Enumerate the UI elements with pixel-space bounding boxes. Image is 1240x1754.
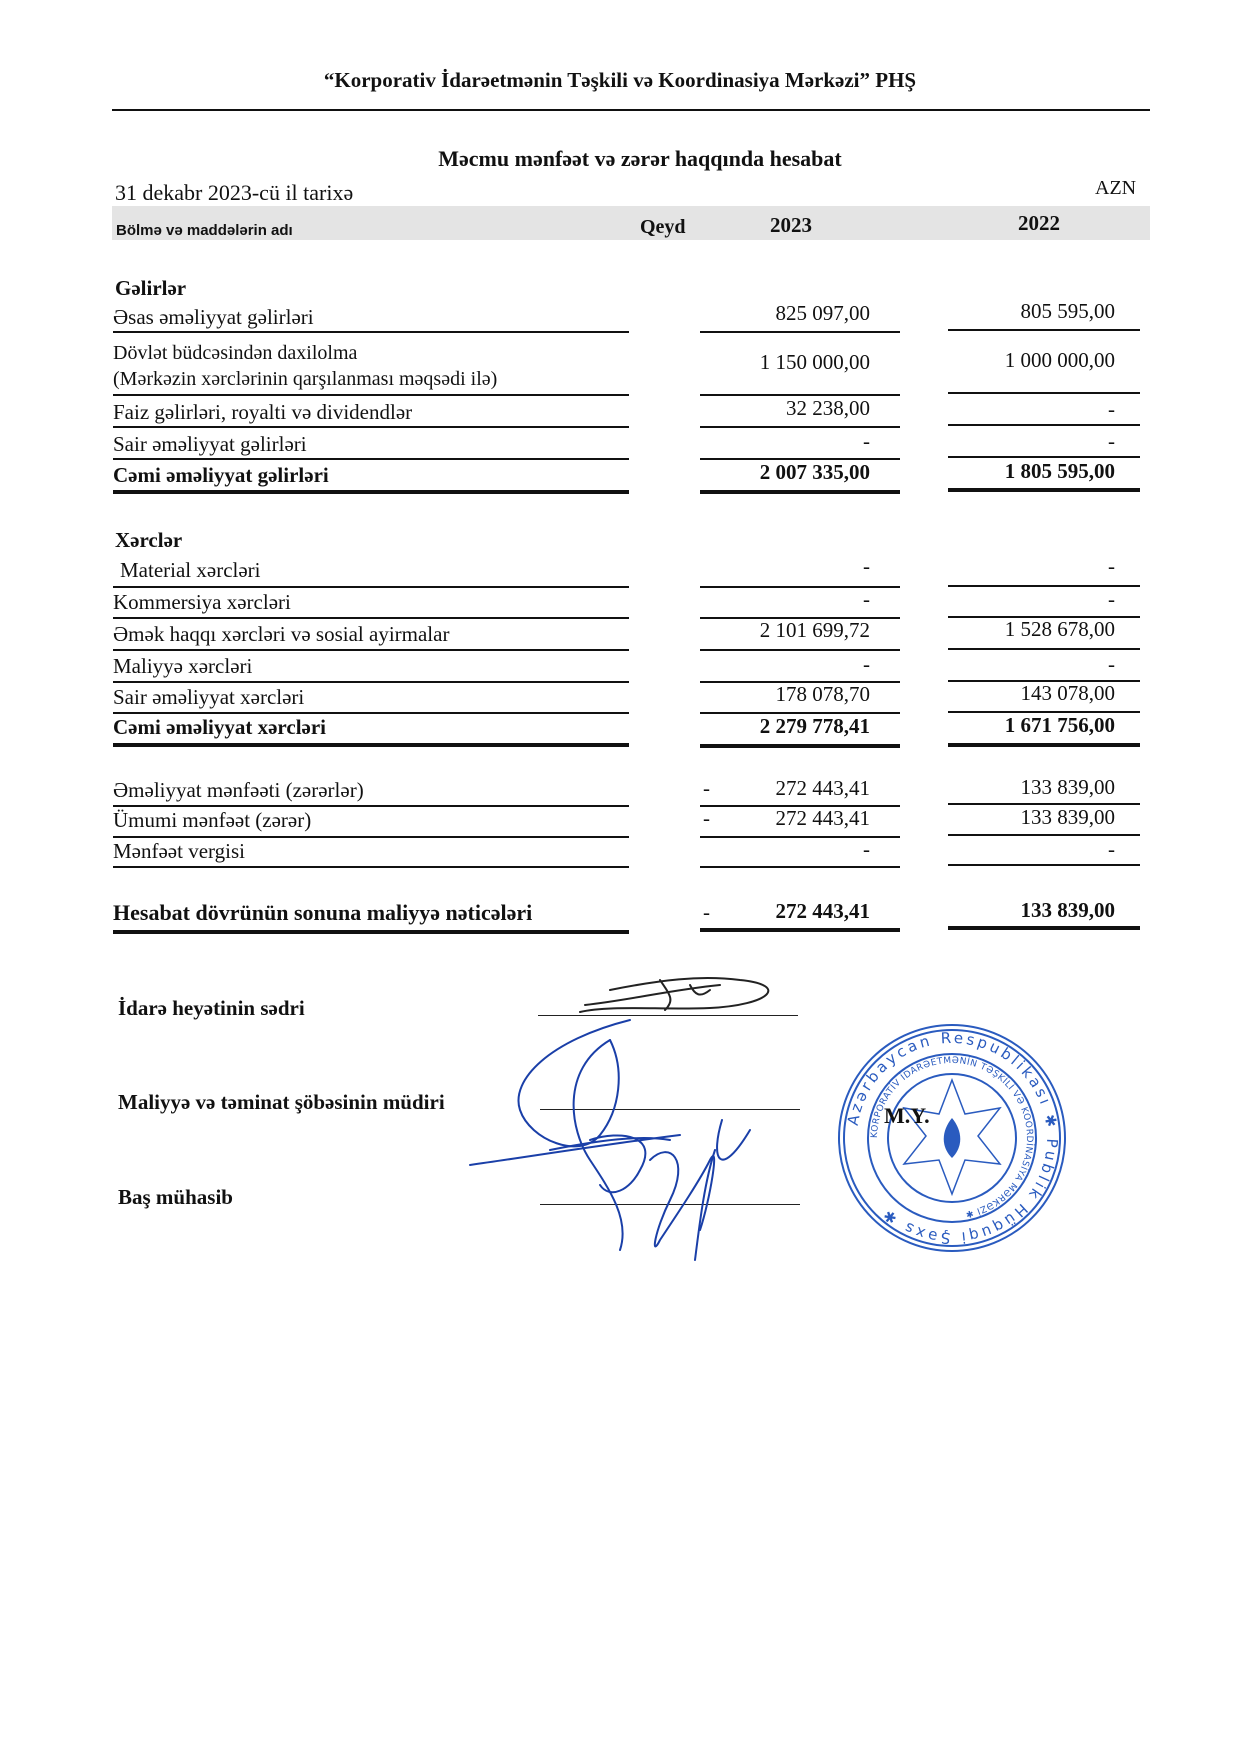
total-income-2023: 2 007 335,00 [700, 460, 870, 485]
value-2022: 1 000 000,00 [950, 348, 1115, 373]
value-2022: - [950, 837, 1115, 862]
total-income-2022: 1 805 595,00 [950, 459, 1115, 484]
report-date: 31 dekabr 2023-cü il tarixə [115, 180, 353, 206]
value-2022: - [950, 429, 1115, 454]
final-rule [700, 928, 900, 932]
value-2023: - [700, 429, 870, 454]
row-rule [113, 681, 629, 683]
row-label: Ümumi mənfəət (zərər) [113, 808, 629, 832]
value-2023: 32 238,00 [700, 396, 870, 421]
value-rule [700, 426, 900, 428]
column-header-2022: 2022 [1018, 211, 1060, 236]
row-label: Əsas əməliyyat gəlirləri [113, 305, 629, 329]
value-2023: 2 101 699,72 [700, 618, 870, 643]
value-2022: 143 078,00 [950, 681, 1115, 706]
report-title: Məcmu mənfəət və zərər haqqında hesabat [0, 146, 1240, 172]
value-2022: 133 839,00 [950, 775, 1115, 800]
signature-label-chief-accountant: Baş mühasib [118, 1185, 233, 1210]
total-rule [113, 743, 629, 747]
value-rule [948, 424, 1140, 426]
row-rule [113, 426, 629, 428]
total-rule [948, 488, 1140, 492]
row-rule [113, 331, 629, 333]
row-label-continued: (Mərkəzin xərclərinin qarşılanması məqsə… [113, 367, 629, 391]
signature-label-chairman: İdarə heyətinin sədri [118, 996, 305, 1021]
total-rule [113, 490, 629, 494]
row-label: Əməliyyat mənfəəti (zərərlər) [113, 778, 629, 802]
official-stamp-icon: Azərbaycan Respublikası ✱ Publik Hüquqi … [832, 1018, 1072, 1258]
value-rule [948, 456, 1140, 458]
row-rule [113, 649, 629, 651]
stamp-mark: M.Y. [884, 1103, 930, 1128]
value-2022: 1 528 678,00 [950, 617, 1115, 642]
row-label-total-expenses: Cəmi əməliyyat xərcləri [113, 715, 629, 739]
column-header-2023: 2023 [770, 213, 812, 238]
total-rule [700, 744, 900, 748]
total-rule [948, 743, 1140, 747]
value-rule [700, 331, 900, 333]
value-2023: 178 078,70 [700, 682, 870, 707]
currency-label: AZN [1095, 177, 1136, 200]
column-header-name: Bölmə və maddələrin adı [116, 222, 293, 239]
row-label: Əmək haqqı xərcləri və sosial ayirmalar [113, 622, 629, 646]
total-expenses-2022: 1 671 756,00 [950, 713, 1115, 738]
section-income: Gəlirlər [115, 276, 186, 301]
row-rule [113, 712, 629, 714]
row-label: Sair əməliyyat xərcləri [113, 685, 629, 709]
row-rule [113, 458, 629, 460]
row-label: Sair əməliyyat gəlirləri [113, 432, 629, 456]
header-rule [112, 109, 1150, 111]
value-rule [948, 648, 1140, 650]
row-rule [113, 836, 629, 838]
final-result-2022: 133 839,00 [950, 898, 1115, 923]
value-2022: - [950, 397, 1115, 422]
row-rule [113, 617, 629, 619]
section-expenses: Xərclər [115, 528, 182, 553]
value-rule [700, 649, 900, 651]
value-2023: - [700, 837, 870, 862]
final-rule [948, 926, 1140, 930]
value-2022: 805 595,00 [950, 299, 1115, 324]
value-2023: 1 150 000,00 [700, 350, 870, 375]
row-label: Mənfəət vergisi [113, 839, 629, 863]
row-label: Faiz gəlirləri, royalti və dividendlər [113, 400, 629, 424]
value-2022: - [950, 652, 1115, 677]
value-rule [948, 329, 1140, 331]
row-label: Maliyyə xərcləri [113, 654, 629, 678]
value-rule [948, 392, 1140, 394]
value-2023: 272 443,41 [700, 776, 870, 801]
value-rule [948, 834, 1140, 836]
row-rule [113, 866, 629, 868]
value-2023: 825 097,00 [700, 301, 870, 326]
row-label-final-result: Hesabat dövrünün sonuna maliyyə nəticələ… [113, 901, 629, 925]
value-2022: - [950, 587, 1115, 612]
row-rule [113, 586, 629, 588]
value-2023: 272 443,41 [700, 806, 870, 831]
value-rule [700, 866, 900, 868]
value-2023: - [700, 652, 870, 677]
handwritten-signatures-icon [460, 960, 880, 1280]
organization-title: “Korporativ İdarəetmənin Təşkili və Koor… [0, 68, 1240, 93]
value-2023: - [700, 554, 870, 579]
final-result-2023: 272 443,41 [700, 899, 870, 924]
value-2022: 133 839,00 [950, 805, 1115, 830]
total-rule [700, 490, 900, 494]
final-rule [113, 930, 629, 934]
value-rule [948, 864, 1140, 866]
row-label: Material xərcləri [120, 558, 636, 582]
total-expenses-2023: 2 279 778,41 [700, 714, 870, 739]
value-2022: - [950, 554, 1115, 579]
row-label: Kommersiya xərcləri [113, 590, 629, 614]
value-2023: - [700, 587, 870, 612]
row-rule [113, 394, 629, 396]
signature-label-finance-head: Maliyyə və təminat şöbəsinin müdiri [118, 1090, 445, 1115]
column-header-note: Qeyd [640, 216, 686, 239]
row-label: Dövlət büdcəsindən daxilolma [113, 341, 629, 365]
row-rule [113, 805, 629, 807]
row-label-total-income: Cəmi əməliyyat gəlirləri [113, 463, 629, 487]
